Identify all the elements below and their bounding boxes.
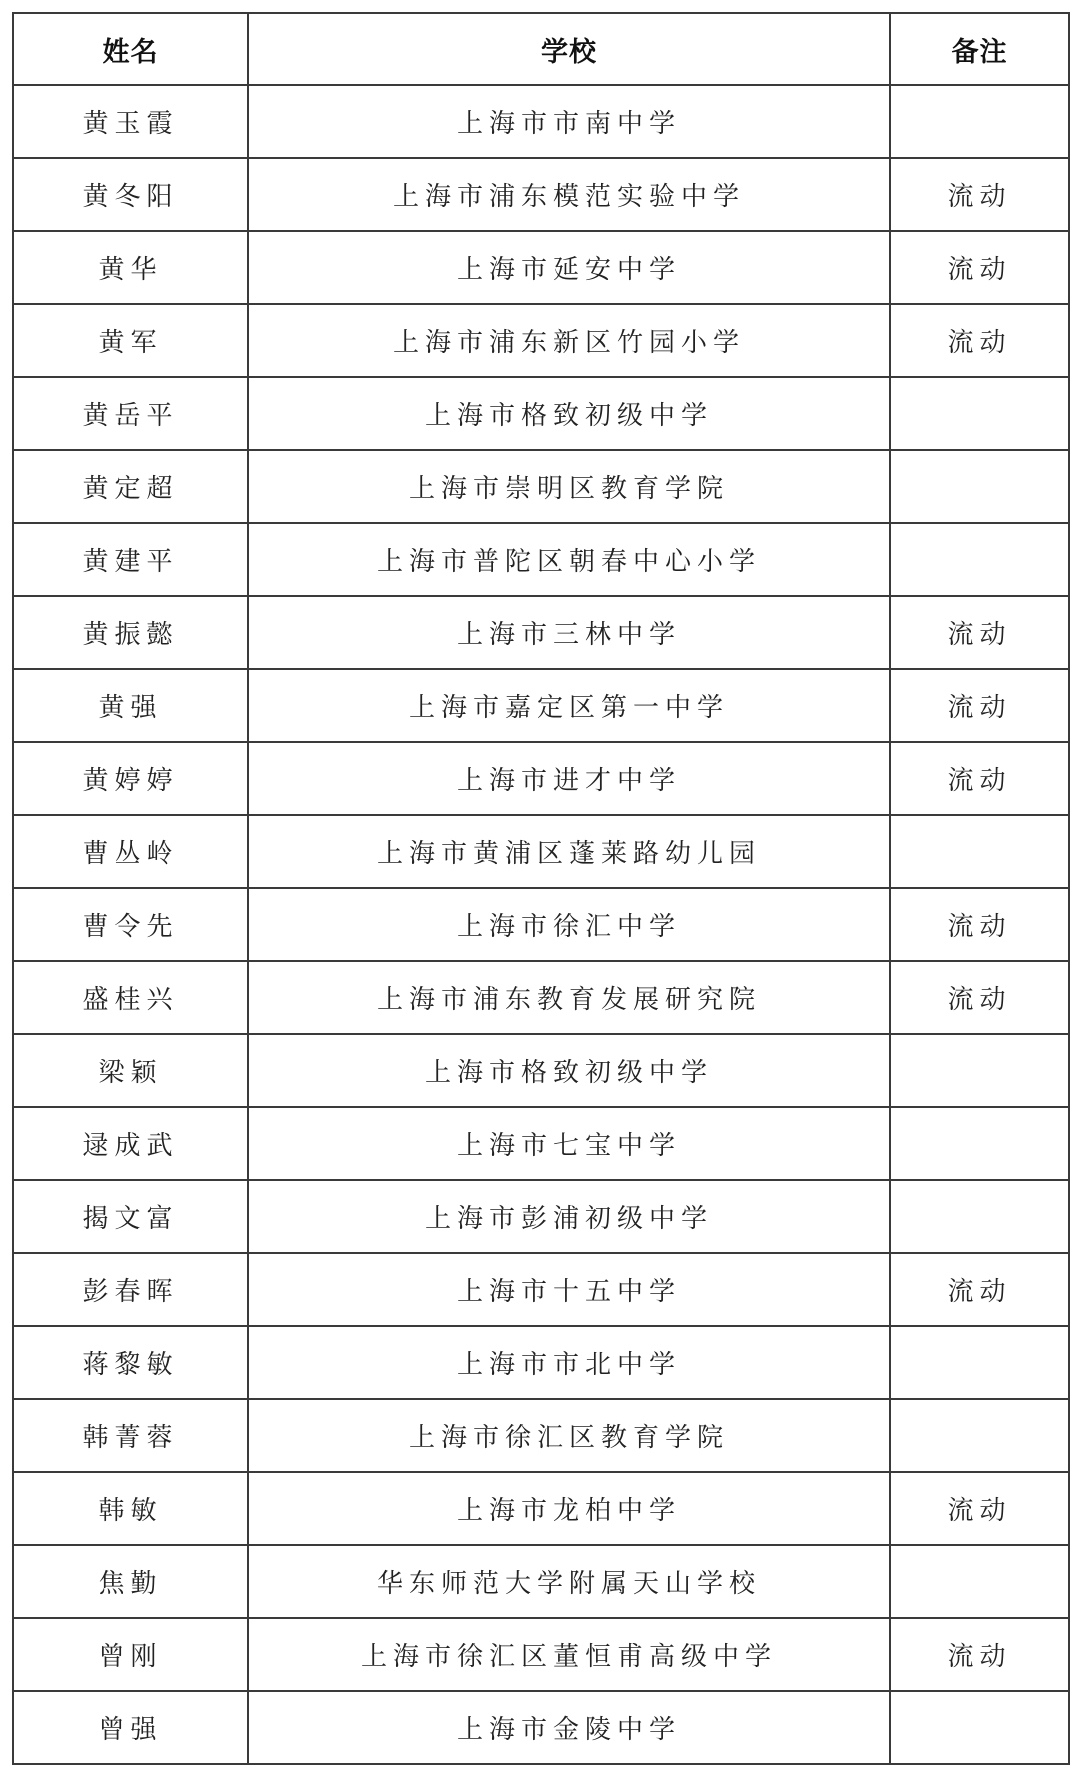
cell-note: 流动 [890, 961, 1069, 1034]
cell-name: 曹丛岭 [13, 815, 248, 888]
cell-school: 上海市徐汇区教育学院 [248, 1399, 890, 1472]
cell-school: 上海市市北中学 [248, 1326, 890, 1399]
cell-note [890, 1326, 1069, 1399]
table-row: 逯成武 上海市七宝中学 [13, 1107, 1069, 1180]
table-row: 黄玉霞 上海市市南中学 [13, 85, 1069, 158]
table-row: 韩菁蓉 上海市徐汇区教育学院 [13, 1399, 1069, 1472]
cell-school: 上海市浦东教育发展研究院 [248, 961, 890, 1034]
cell-name: 曾强 [13, 1691, 248, 1764]
cell-name: 彭春晖 [13, 1253, 248, 1326]
cell-name: 逯成武 [13, 1107, 248, 1180]
table-row: 蒋黎敏 上海市市北中学 [13, 1326, 1069, 1399]
cell-school: 上海市龙柏中学 [248, 1472, 890, 1545]
cell-note [890, 815, 1069, 888]
cell-school: 上海市徐汇中学 [248, 888, 890, 961]
table-row: 黄华 上海市延安中学 流动 [13, 231, 1069, 304]
cell-note: 流动 [890, 1253, 1069, 1326]
table-row: 黄冬阳 上海市浦东模范实验中学 流动 [13, 158, 1069, 231]
cell-name: 黄振懿 [13, 596, 248, 669]
cell-name: 曾刚 [13, 1618, 248, 1691]
table-row: 梁颖 上海市格致初级中学 [13, 1034, 1069, 1107]
table-row: 黄振懿 上海市三林中学 流动 [13, 596, 1069, 669]
cell-name: 揭文富 [13, 1180, 248, 1253]
cell-school: 上海市金陵中学 [248, 1691, 890, 1764]
cell-name: 黄华 [13, 231, 248, 304]
table-row: 彭春晖 上海市十五中学 流动 [13, 1253, 1069, 1326]
cell-school: 上海市进才中学 [248, 742, 890, 815]
cell-name: 焦勤 [13, 1545, 248, 1618]
cell-note [890, 523, 1069, 596]
cell-note: 流动 [890, 158, 1069, 231]
cell-note: 流动 [890, 1618, 1069, 1691]
cell-school: 上海市延安中学 [248, 231, 890, 304]
cell-name: 梁颖 [13, 1034, 248, 1107]
cell-note [890, 1399, 1069, 1472]
table-row: 黄岳平 上海市格致初级中学 [13, 377, 1069, 450]
header-school: 学校 [248, 13, 890, 85]
table-row: 揭文富 上海市彭浦初级中学 [13, 1180, 1069, 1253]
cell-school: 上海市十五中学 [248, 1253, 890, 1326]
cell-note [890, 1180, 1069, 1253]
table-row: 黄婷婷 上海市进才中学 流动 [13, 742, 1069, 815]
cell-name: 盛桂兴 [13, 961, 248, 1034]
table-row: 曾刚 上海市徐汇区董恒甫高级中学 流动 [13, 1618, 1069, 1691]
table-row: 黄建平 上海市普陀区朝春中心小学 [13, 523, 1069, 596]
table-row: 黄军 上海市浦东新区竹园小学 流动 [13, 304, 1069, 377]
table-row: 焦勤 华东师范大学附属天山学校 [13, 1545, 1069, 1618]
cell-name: 韩菁蓉 [13, 1399, 248, 1472]
cell-name: 蒋黎敏 [13, 1326, 248, 1399]
cell-note [890, 1545, 1069, 1618]
roster-table: 姓名 学校 备注 黄玉霞 上海市市南中学 黄冬阳 上海市浦东模范实验中学 流动 … [12, 12, 1070, 1765]
table-row: 盛桂兴 上海市浦东教育发展研究院 流动 [13, 961, 1069, 1034]
table-row: 曹令先 上海市徐汇中学 流动 [13, 888, 1069, 961]
table-row: 曾强 上海市金陵中学 [13, 1691, 1069, 1764]
cell-note: 流动 [890, 596, 1069, 669]
cell-school: 上海市浦东模范实验中学 [248, 158, 890, 231]
table-row: 韩敏 上海市龙柏中学 流动 [13, 1472, 1069, 1545]
table-header: 姓名 学校 备注 [13, 13, 1069, 85]
cell-note [890, 85, 1069, 158]
header-note: 备注 [890, 13, 1069, 85]
cell-name: 黄岳平 [13, 377, 248, 450]
cell-school: 上海市浦东新区竹园小学 [248, 304, 890, 377]
cell-note [890, 377, 1069, 450]
cell-name: 黄婷婷 [13, 742, 248, 815]
table-body: 黄玉霞 上海市市南中学 黄冬阳 上海市浦东模范实验中学 流动 黄华 上海市延安中… [13, 85, 1069, 1764]
cell-name: 黄建平 [13, 523, 248, 596]
cell-school: 上海市普陀区朝春中心小学 [248, 523, 890, 596]
cell-school: 上海市嘉定区第一中学 [248, 669, 890, 742]
cell-name: 黄军 [13, 304, 248, 377]
header-name: 姓名 [13, 13, 248, 85]
cell-name: 韩敏 [13, 1472, 248, 1545]
cell-school: 上海市彭浦初级中学 [248, 1180, 890, 1253]
cell-school: 上海市崇明区教育学院 [248, 450, 890, 523]
cell-note: 流动 [890, 888, 1069, 961]
table-row: 黄强 上海市嘉定区第一中学 流动 [13, 669, 1069, 742]
cell-name: 黄强 [13, 669, 248, 742]
cell-note: 流动 [890, 669, 1069, 742]
cell-note: 流动 [890, 742, 1069, 815]
cell-name: 黄玉霞 [13, 85, 248, 158]
cell-school: 上海市黄浦区蓬莱路幼儿园 [248, 815, 890, 888]
cell-school: 上海市市南中学 [248, 85, 890, 158]
header-row: 姓名 学校 备注 [13, 13, 1069, 85]
cell-note [890, 450, 1069, 523]
cell-note [890, 1691, 1069, 1764]
cell-note: 流动 [890, 304, 1069, 377]
cell-note: 流动 [890, 1472, 1069, 1545]
table-row: 曹丛岭 上海市黄浦区蓬莱路幼儿园 [13, 815, 1069, 888]
cell-note: 流动 [890, 231, 1069, 304]
cell-school: 上海市格致初级中学 [248, 377, 890, 450]
cell-note [890, 1107, 1069, 1180]
cell-school: 上海市三林中学 [248, 596, 890, 669]
cell-school: 上海市七宝中学 [248, 1107, 890, 1180]
cell-school: 华东师范大学附属天山学校 [248, 1545, 890, 1618]
cell-note [890, 1034, 1069, 1107]
cell-name: 曹令先 [13, 888, 248, 961]
cell-name: 黄冬阳 [13, 158, 248, 231]
cell-school: 上海市格致初级中学 [248, 1034, 890, 1107]
cell-name: 黄定超 [13, 450, 248, 523]
table-row: 黄定超 上海市崇明区教育学院 [13, 450, 1069, 523]
cell-school: 上海市徐汇区董恒甫高级中学 [248, 1618, 890, 1691]
